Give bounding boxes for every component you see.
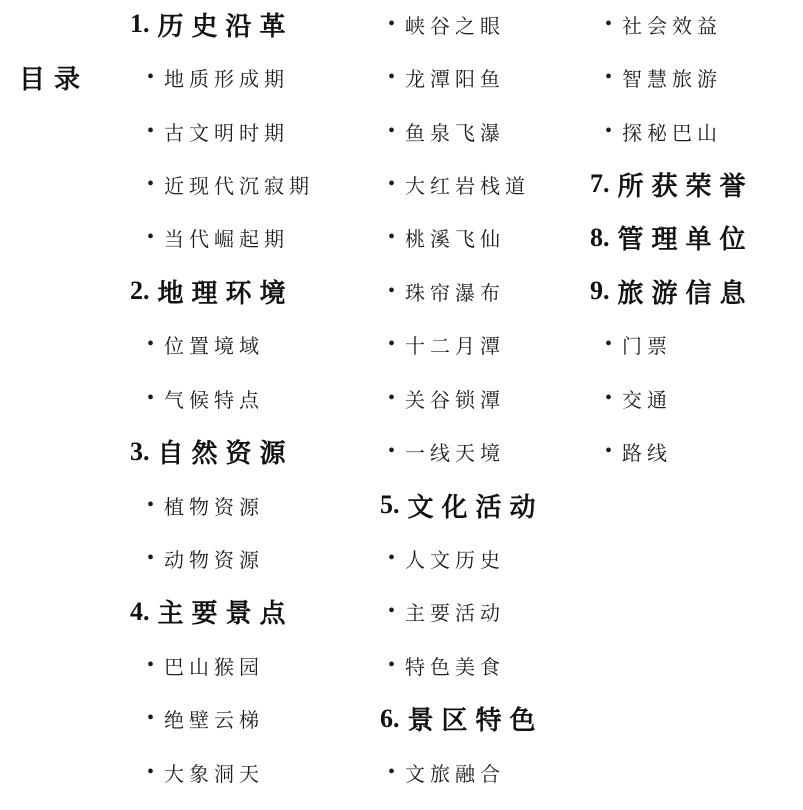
toc-item[interactable]: • 当代崛起期 [130, 211, 314, 264]
bullet-icon: • [147, 707, 161, 730]
toc-item[interactable]: • 社会效益 [590, 0, 754, 51]
toc-item-label: 智慧旅游 [622, 63, 722, 92]
toc-item[interactable]: • 峡谷之眼 [380, 0, 544, 51]
section-number: 9. [590, 276, 610, 306]
bullet-icon: • [147, 173, 161, 196]
bullet-icon: • [147, 654, 161, 677]
toc-page: 目录 1. 历史沿革 • 地质形成期 • 古文明时期 • 近现代沉寂期 • 当代… [0, 0, 803, 810]
bullet-icon: • [147, 494, 161, 517]
toc-item[interactable]: • 十二月潭 [380, 318, 544, 371]
toc-item-label: 关谷锁潭 [405, 384, 505, 413]
bullet-icon: • [388, 280, 402, 303]
toc-item[interactable]: • 一线天境 [380, 425, 544, 478]
toc-item[interactable]: • 路线 [590, 425, 754, 478]
bullet-icon: • [388, 440, 402, 463]
toc-item[interactable]: • 人文历史 [380, 532, 544, 585]
bullet-icon: • [388, 120, 402, 143]
section-number: 8. [590, 223, 610, 253]
bullet-icon: • [388, 333, 402, 356]
bullet-icon: • [388, 226, 402, 249]
toc-item-label: 绝壁云梯 [164, 704, 264, 733]
section-title: 主要景点 [158, 593, 294, 630]
section-title: 管理单位 [618, 219, 754, 256]
toc-title: 目录 [19, 59, 89, 96]
toc-section-heading-travel-info[interactable]: 9. 旅游信息 [590, 265, 754, 318]
toc-item[interactable]: • 动物资源 [130, 532, 314, 585]
bullet-icon: • [388, 654, 402, 677]
toc-item[interactable]: • 珠帘瀑布 [380, 265, 544, 318]
toc-item-label: 路线 [622, 437, 672, 466]
toc-item-label: 大象洞天 [164, 758, 264, 787]
toc-item[interactable]: • 鱼泉飞瀑 [380, 104, 544, 157]
toc-section-heading-culture[interactable]: 5. 文化活动 [380, 478, 544, 531]
bullet-icon: • [147, 120, 161, 143]
toc-item[interactable]: • 桃溪飞仙 [380, 211, 544, 264]
section-title: 文化活动 [408, 487, 544, 524]
toc-item[interactable]: • 交通 [590, 371, 754, 424]
toc-item-label: 主要活动 [405, 597, 505, 626]
toc-item-label: 近现代沉寂期 [164, 170, 314, 199]
toc-item-label: 人文历史 [405, 544, 505, 573]
toc-section-heading-management[interactable]: 8. 管理单位 [590, 211, 754, 264]
bullet-icon: • [605, 66, 619, 89]
bullet-icon: • [605, 120, 619, 143]
section-number: 2. [130, 276, 150, 306]
toc-item-label: 门票 [622, 330, 672, 359]
bullet-icon: • [605, 13, 619, 36]
toc-item-label: 一线天境 [405, 437, 505, 466]
bullet-icon: • [147, 387, 161, 410]
section-number: 1. [130, 9, 150, 39]
toc-item[interactable]: • 位置境域 [130, 318, 314, 371]
toc-item-label: 植物资源 [164, 491, 264, 520]
toc-item[interactable]: • 主要活动 [380, 585, 544, 638]
toc-column-3: • 社会效益 • 智慧旅游 • 探秘巴山 7. 所获荣誉 8. 管理单位 9. … [590, 0, 754, 478]
section-number: 6. [380, 704, 400, 734]
toc-item-label: 位置境域 [164, 330, 264, 359]
toc-section-heading-geography[interactable]: 2. 地理环境 [130, 265, 314, 318]
section-title: 旅游信息 [618, 273, 754, 310]
toc-item-label: 古文明时期 [164, 117, 289, 146]
toc-item-label: 大红岩栈道 [405, 170, 530, 199]
toc-item[interactable]: • 古文明时期 [130, 104, 314, 157]
toc-item-label: 探秘巴山 [622, 117, 722, 146]
bullet-icon: • [388, 13, 402, 36]
toc-column-1: 1. 历史沿革 • 地质形成期 • 古文明时期 • 近现代沉寂期 • 当代崛起期… [130, 0, 314, 799]
section-title: 所获荣誉 [618, 166, 754, 203]
toc-item[interactable]: • 巴山猴园 [130, 639, 314, 692]
toc-item-label: 桃溪飞仙 [405, 223, 505, 252]
bullet-icon: • [605, 333, 619, 356]
section-number: 7. [590, 169, 610, 199]
toc-item-label: 巴山猴园 [164, 651, 264, 680]
bullet-icon: • [388, 387, 402, 410]
toc-item-label: 峡谷之眼 [405, 10, 505, 39]
bullet-icon: • [147, 66, 161, 89]
toc-item[interactable]: • 绝壁云梯 [130, 692, 314, 745]
section-number: 3. [130, 437, 150, 467]
toc-item[interactable]: • 智慧旅游 [590, 51, 754, 104]
toc-section-heading-natural-resources[interactable]: 3. 自然资源 [130, 425, 314, 478]
toc-item-label: 社会效益 [622, 10, 722, 39]
toc-item[interactable]: • 关谷锁潭 [380, 371, 544, 424]
toc-item[interactable]: • 大红岩栈道 [380, 158, 544, 211]
bullet-icon: • [388, 600, 402, 623]
toc-item-label: 鱼泉飞瀑 [405, 117, 505, 146]
toc-item-label: 文旅融合 [405, 758, 505, 787]
section-title: 景区特色 [408, 700, 544, 737]
bullet-icon: • [388, 761, 402, 784]
toc-section-heading-honors[interactable]: 7. 所获荣誉 [590, 158, 754, 211]
section-title: 自然资源 [158, 433, 294, 470]
toc-section-heading-history[interactable]: 1. 历史沿革 [130, 0, 314, 51]
toc-item-label: 交通 [622, 384, 672, 413]
section-number: 5. [380, 490, 400, 520]
toc-item[interactable]: • 气候特点 [130, 371, 314, 424]
toc-item[interactable]: • 大象洞天 [130, 745, 314, 798]
toc-item-label: 气候特点 [164, 384, 264, 413]
bullet-icon: • [147, 226, 161, 249]
bullet-icon: • [147, 333, 161, 356]
toc-item[interactable]: • 文旅融合 [380, 745, 544, 798]
bullet-icon: • [605, 440, 619, 463]
toc-item[interactable]: • 近现代沉寂期 [130, 158, 314, 211]
toc-item[interactable]: • 特色美食 [380, 639, 544, 692]
toc-item[interactable]: • 门票 [590, 318, 754, 371]
bullet-icon: • [388, 547, 402, 570]
toc-item-label: 龙潭阳鱼 [405, 63, 505, 92]
section-title: 地理环境 [158, 273, 294, 310]
section-number: 4. [130, 597, 150, 627]
toc-item-label: 动物资源 [164, 544, 264, 573]
toc-item[interactable]: • 地质形成期 [130, 51, 314, 104]
toc-section-heading-features[interactable]: 6. 景区特色 [380, 692, 544, 745]
bullet-icon: • [147, 761, 161, 784]
toc-item-label: 十二月潭 [405, 330, 505, 359]
toc-section-heading-attractions[interactable]: 4. 主要景点 [130, 585, 314, 638]
section-title: 历史沿革 [158, 6, 294, 43]
toc-item[interactable]: • 植物资源 [130, 478, 314, 531]
toc-item[interactable]: • 探秘巴山 [590, 104, 754, 157]
bullet-icon: • [605, 387, 619, 410]
bullet-icon: • [147, 547, 161, 570]
toc-item-label: 当代崛起期 [164, 223, 289, 252]
toc-column-2: • 峡谷之眼 • 龙潭阳鱼 • 鱼泉飞瀑 • 大红岩栈道 • 桃溪飞仙 • 珠帘… [380, 0, 544, 799]
bullet-icon: • [388, 173, 402, 196]
toc-item[interactable]: • 龙潭阳鱼 [380, 51, 544, 104]
toc-item-label: 地质形成期 [164, 63, 289, 92]
toc-item-label: 特色美食 [405, 651, 505, 680]
bullet-icon: • [388, 66, 402, 89]
toc-item-label: 珠帘瀑布 [405, 277, 505, 306]
